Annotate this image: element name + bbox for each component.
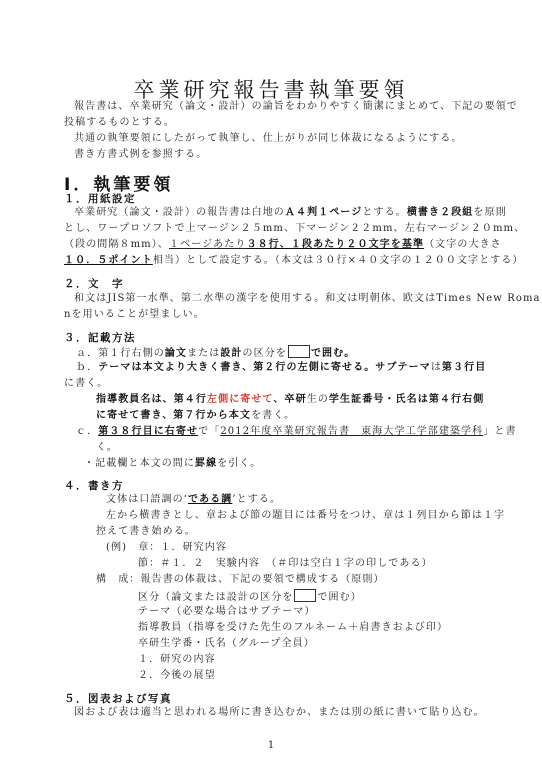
structure-item-classification: 区分（論文または設計の区分をで囲む） [138, 589, 362, 605]
section-1-line-1: 卒業研究（論文・設計）の報告書は白地のＡ４判１ページとする。横書き２段組を原則 [74, 206, 507, 220]
section-3-item-b: ｂ．テーマは本文より大きく書き、第２行の左側に寄せる。サブテーマは第３行目 [76, 361, 486, 375]
section-2-heading: ２．文 字 [64, 276, 124, 291]
section-3-item-c-line-2: く。 [96, 441, 118, 455]
section-5-line-1: 図および表は適当と思われる場所に書き込むか、または別の紙に書いて貼り込む。 [74, 706, 485, 720]
classification-box [294, 589, 316, 602]
section-3-item-c: ｃ．第３８行目に右寄せで「2012年度卒業研究報告書 東海大学工学部建築学科」と… [76, 425, 517, 439]
section-3-item-b-line-2: に書く。 [64, 377, 108, 391]
page-number: 1 [0, 740, 542, 751]
structure-item-outlook: ２．今後の展望 [138, 669, 216, 683]
intro-line-2: 投稿するものとする。 [64, 116, 175, 130]
section-1-line-3: （段の間隔８mm）、１ページあたり３８行、１段あたり２０文字を基準（文字の大きさ [64, 238, 502, 252]
section-4-style: 文体は口語調の‘である調’とする。 [106, 493, 281, 507]
structure-item-students: 卒研生学番・氏名（グループ全員） [138, 637, 315, 651]
structure-item-theme: テーマ（必要な場合はサブテーマ） [138, 605, 316, 619]
example-chapter: (例) 章：１．研究内容 [106, 541, 227, 555]
section-5-heading: ５．図表および写真 [64, 691, 172, 706]
intro-line-3: 共通の執筆要領にしたがって執筆し、仕上がりが同じ体裁になるようにする。 [74, 132, 463, 146]
section-4-para-line-1: 左から横書きとし、章および節の題目には番号をつけ、章は１列目から節は１字 [106, 509, 505, 523]
structure-item-content: １．研究の内容 [138, 653, 216, 667]
section-2-line-1: 和文はJIS第一水準、第二水準の漢字を使用する。和文は明朝体、欧文はTimes … [74, 292, 541, 306]
section-3-item-a: ａ．第１行右側の論文または設計の区分をで囲む。 [76, 345, 355, 361]
structure-item-advisor: 指導教員（指導を受けた先生のフルネーム＋肩書きおよび印） [138, 621, 448, 635]
intro-line-1: 報告書は、卒業研究（論文・設計）の論旨をわかりやすく簡潔にまとめて、下記の要領で [74, 100, 518, 114]
section-3-advisor-line-1: 指導教員名は、第４行左側に寄せて、卒研生の学生証番号・氏名は第４行右側 [96, 393, 484, 407]
section-1-line-2: とし、ワープロソフトで上マージン２５mm、下マージン２２mm、左右マージン２０m… [64, 222, 525, 236]
section-3-advisor-line-2: に寄せて書き、第７行から本文を書く。 [96, 409, 295, 423]
structure-label: 構 成：報告書の体裁は、下記の要領で構成する（原則） [96, 573, 385, 587]
section-4-heading: ４．書き方 [64, 478, 124, 493]
intro-line-4: 書き方書式例を参照する。 [74, 148, 207, 162]
section-1-heading: １．用紙設定 [64, 191, 136, 206]
section-4-para-line-2: 控えて書き始める。 [96, 525, 196, 539]
classification-box [288, 345, 310, 358]
section-3-bullet: ・記載欄と本文の間に罫線を引く。 [84, 457, 261, 471]
section-1-line-4: １０．５ポイント相当）として設定する。（本文は３０行×４０文字の１２００文字とす… [64, 254, 524, 268]
example-section: 節：＃１．２ 実験内容 （＃印は空白１字の印しである） [138, 557, 433, 571]
document-page: 卒業研究報告書執筆要領 報告書は、卒業研究（論文・設計）の論旨をわかりやすく簡潔… [0, 0, 542, 766]
section-3-heading: ３．記載方法 [64, 330, 136, 345]
section-2-line-2: nを用いることが望ましい。 [64, 308, 205, 322]
